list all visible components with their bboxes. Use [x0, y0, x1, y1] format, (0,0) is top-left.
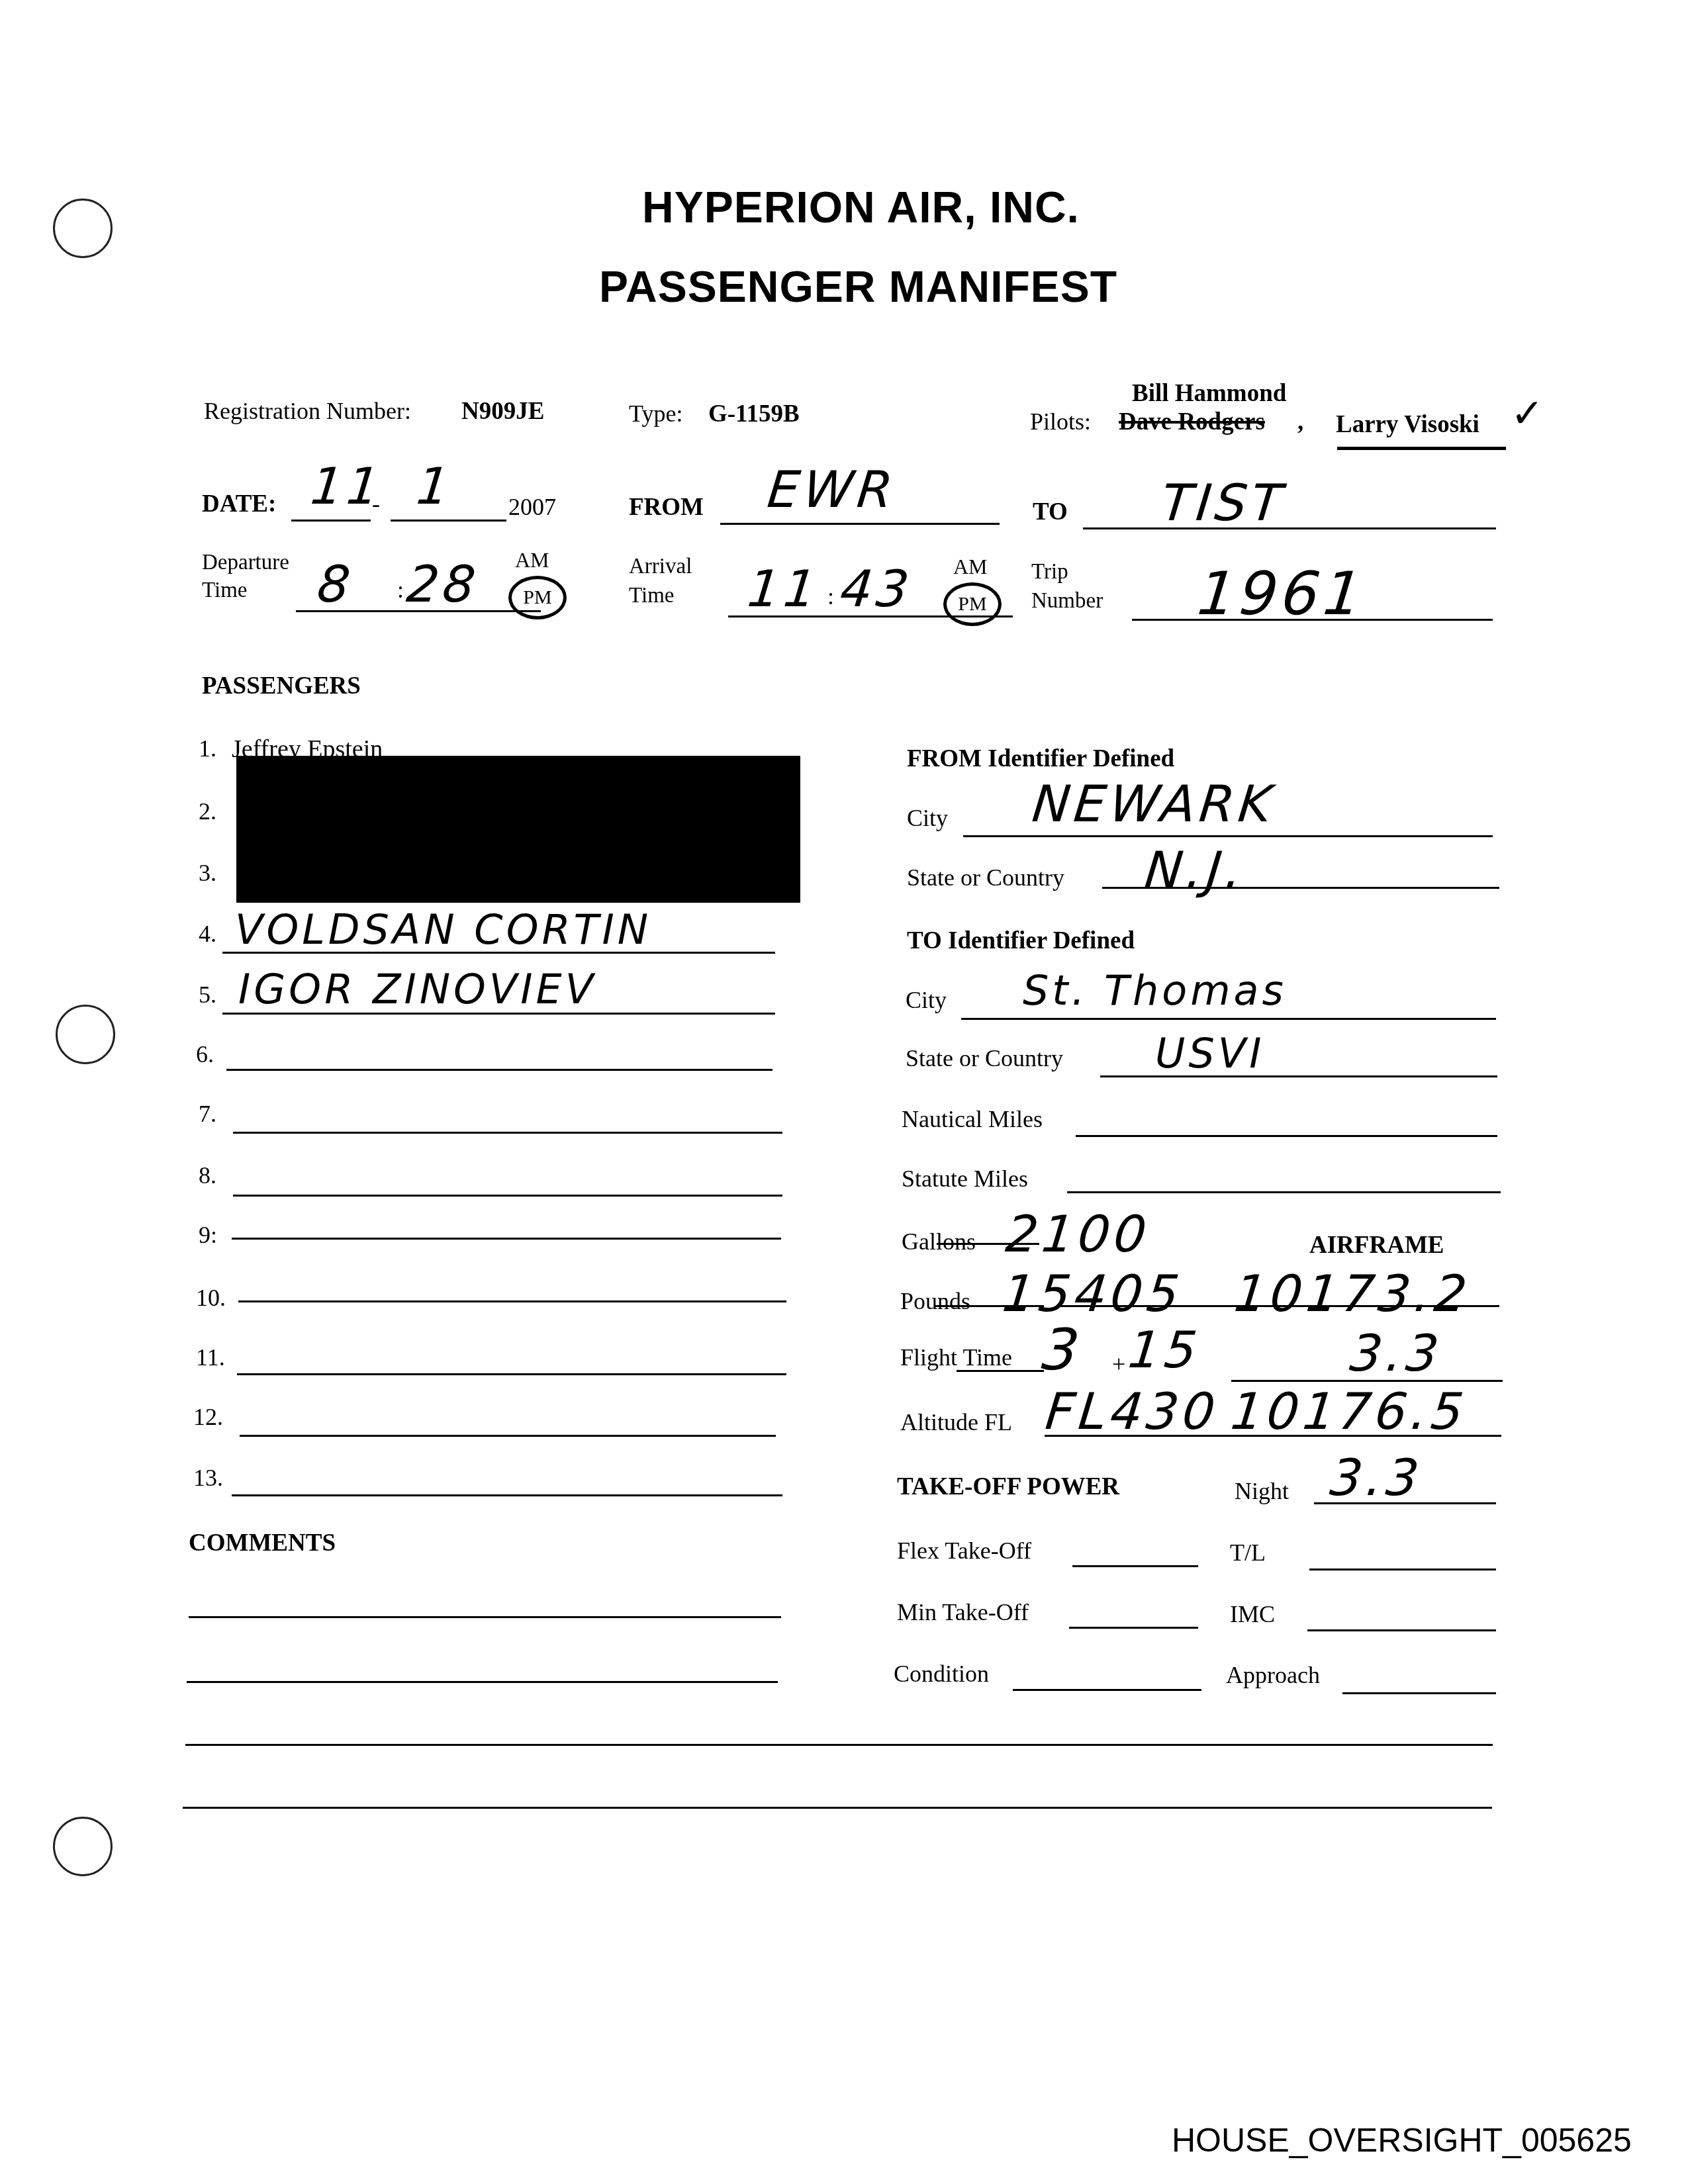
to-state-value[interactable]: USVI [1155, 1029, 1264, 1077]
date-day-line [391, 520, 506, 522]
to-state-label: State or Country [906, 1044, 1063, 1072]
approach-line[interactable] [1342, 1692, 1496, 1694]
passenger-line[interactable] [233, 1132, 782, 1134]
to-value[interactable]: TIST [1158, 473, 1289, 532]
nautical-miles-line[interactable] [1076, 1135, 1497, 1137]
passenger-line[interactable] [233, 1195, 782, 1197]
departure-am[interactable]: AM [515, 548, 549, 572]
passenger-num: 8. [199, 1161, 216, 1189]
from-value[interactable]: EWR [765, 460, 899, 519]
passenger-num: 5. [199, 981, 216, 1009]
departure-label-2: Time [202, 577, 247, 604]
punch-hole-bottom [53, 1817, 113, 1876]
from-state-value[interactable]: N.J. [1142, 841, 1248, 899]
tl-line[interactable] [1309, 1569, 1496, 1570]
from-label: FROM [629, 493, 704, 522]
pounds-label: Pounds [900, 1287, 970, 1315]
punch-hole-middle [56, 1005, 115, 1064]
arrival-label-1: Arrival [629, 553, 692, 580]
trip-label-1: Trip [1031, 559, 1068, 585]
passenger-num: 3. [199, 859, 216, 887]
to-line [1083, 527, 1496, 529]
from-city-label: City [907, 804, 948, 832]
from-identifier-heading: FROM Identifier Defined [907, 745, 1174, 773]
imc-line[interactable] [1307, 1629, 1496, 1631]
arrival-am[interactable]: AM [953, 555, 988, 579]
comment-line-1[interactable] [189, 1616, 781, 1618]
type-value: G-1159B [708, 400, 800, 428]
condition-label: Condition [894, 1660, 989, 1688]
passengers-heading: PASSENGERS [202, 672, 361, 700]
to-label: TO [1033, 498, 1068, 526]
passenger-line[interactable] [238, 1300, 786, 1302]
comment-line-3[interactable] [185, 1744, 1493, 1746]
altitude-value[interactable]: FL430 [1043, 1382, 1221, 1441]
document-title: PASSENGER MANIFEST [599, 261, 1117, 312]
date-year: 2007 [508, 493, 556, 521]
date-month-line [291, 520, 371, 522]
from-city-value[interactable]: NEWARK [1029, 774, 1278, 833]
arrival-sep: : [827, 582, 834, 610]
arrival-label-2: Time [629, 582, 674, 609]
flight-time-label: Flight Time [900, 1343, 1012, 1371]
passenger-num: 1. [199, 735, 216, 762]
flex-takeoff-label: Flex Take-Off [897, 1537, 1031, 1565]
date-sep: - [372, 490, 380, 518]
passenger-num: 9: [199, 1221, 217, 1249]
flight-time-min[interactable]: 15 [1125, 1320, 1203, 1379]
altitude-extra-value[interactable]: 10176.5 [1228, 1382, 1470, 1441]
tl-label: T/L [1230, 1539, 1266, 1567]
passenger-line[interactable] [226, 1069, 773, 1071]
comment-line-4[interactable] [183, 1807, 1492, 1809]
departure-pm-circled[interactable]: PM [508, 576, 567, 619]
checkmark-icon: ✓ [1511, 390, 1544, 437]
night-label: Night [1235, 1477, 1289, 1505]
gallons-value[interactable]: 2100 [1003, 1205, 1153, 1263]
passenger-num: 4. [199, 920, 216, 948]
punch-hole-top [53, 199, 113, 258]
passenger-num: 2. [199, 797, 216, 825]
redaction-block [236, 756, 800, 903]
pilots-label: Pilots: [1030, 408, 1091, 435]
condition-line[interactable] [1013, 1689, 1201, 1691]
date-label: DATE: [202, 490, 276, 518]
pilot-struck: Dave Rodgers [1119, 408, 1265, 436]
passenger-num: 12. [193, 1403, 223, 1431]
registration-label: Registration Number: [204, 397, 411, 425]
to-city-line [961, 1018, 1496, 1020]
statute-miles-label: Statute Miles [902, 1165, 1028, 1193]
departure-hour[interactable]: 8 [314, 555, 357, 614]
pilot-inserted: Bill Hammond [1132, 379, 1286, 408]
comments-heading: COMMENTS [189, 1529, 336, 1557]
gallons-label: Gallons [902, 1228, 976, 1255]
passenger-num: 7. [199, 1100, 216, 1128]
imc-label: IMC [1230, 1600, 1275, 1628]
airframe-flight-time-value[interactable]: 3.3 [1347, 1324, 1445, 1383]
passenger-num: 10. [196, 1284, 226, 1312]
passenger-num: 11. [196, 1343, 225, 1371]
pilot-separator: , [1297, 408, 1303, 436]
pounds-value[interactable]: 15405 [1000, 1264, 1186, 1323]
departure-min[interactable]: 28 [404, 555, 482, 614]
departure-label-1: Departure [202, 549, 289, 576]
passenger-num: 6. [196, 1040, 214, 1068]
type-label: Type: [629, 400, 682, 428]
passenger-line[interactable] [232, 1238, 781, 1240]
takeoff-power-heading: TAKE-OFF POWER [897, 1473, 1119, 1501]
bates-number: HOUSE_OVERSIGHT_005625 [1172, 2121, 1632, 2160]
copilot-name: Larry Visoski [1336, 410, 1479, 439]
from-state-label: State or Country [907, 864, 1064, 891]
to-identifier-heading: TO Identifier Defined [907, 927, 1135, 955]
date-day[interactable]: 1 [414, 457, 456, 516]
company-name: HYPERION AIR, INC. [642, 182, 1080, 232]
to-city-value[interactable]: St. Thomas [1023, 966, 1287, 1015]
passenger-line[interactable] [232, 1494, 782, 1496]
from-line [720, 523, 1000, 525]
approach-label: Approach [1226, 1661, 1320, 1689]
arrival-hour[interactable]: 11 [745, 559, 823, 618]
nautical-miles-label: Nautical Miles [902, 1105, 1043, 1133]
to-city-label: City [906, 986, 947, 1014]
departure-sep: : [397, 576, 404, 604]
trip-number[interactable]: 1961 [1194, 559, 1369, 629]
min-takeoff-line[interactable] [1069, 1627, 1198, 1629]
min-takeoff-label: Min Take-Off [897, 1598, 1029, 1626]
from-city-line [963, 835, 1493, 837]
flight-time-line [957, 1370, 1044, 1372]
airframe-heading: AIRFRAME [1309, 1231, 1444, 1259]
passenger-line[interactable] [240, 1435, 776, 1437]
arrival-min[interactable]: 43 [837, 559, 915, 618]
airframe-pounds-value[interactable]: 10173.2 [1231, 1264, 1474, 1323]
flight-time-plus: + [1112, 1350, 1125, 1378]
flex-takeoff-line[interactable] [1072, 1565, 1198, 1567]
passenger-name[interactable]: VOLDSAN CORTIN [235, 905, 651, 954]
night-value[interactable]: 3.3 [1327, 1448, 1425, 1507]
passenger-line[interactable] [237, 1373, 786, 1375]
statute-miles-line[interactable] [1067, 1191, 1501, 1193]
comment-line-2[interactable] [187, 1681, 778, 1683]
altitude-label: Altitude FL [900, 1408, 1012, 1436]
passenger-name[interactable]: IGOR ZINOVIEV [238, 965, 596, 1013]
flight-time-hours[interactable]: 3 [1039, 1317, 1086, 1383]
arrival-pm-circled[interactable]: PM [943, 582, 1002, 626]
trip-label-2: Number [1031, 588, 1103, 614]
registration-value: N909JE [461, 397, 544, 426]
passenger-num: 13. [193, 1464, 223, 1492]
copilot-underline [1337, 447, 1506, 450]
